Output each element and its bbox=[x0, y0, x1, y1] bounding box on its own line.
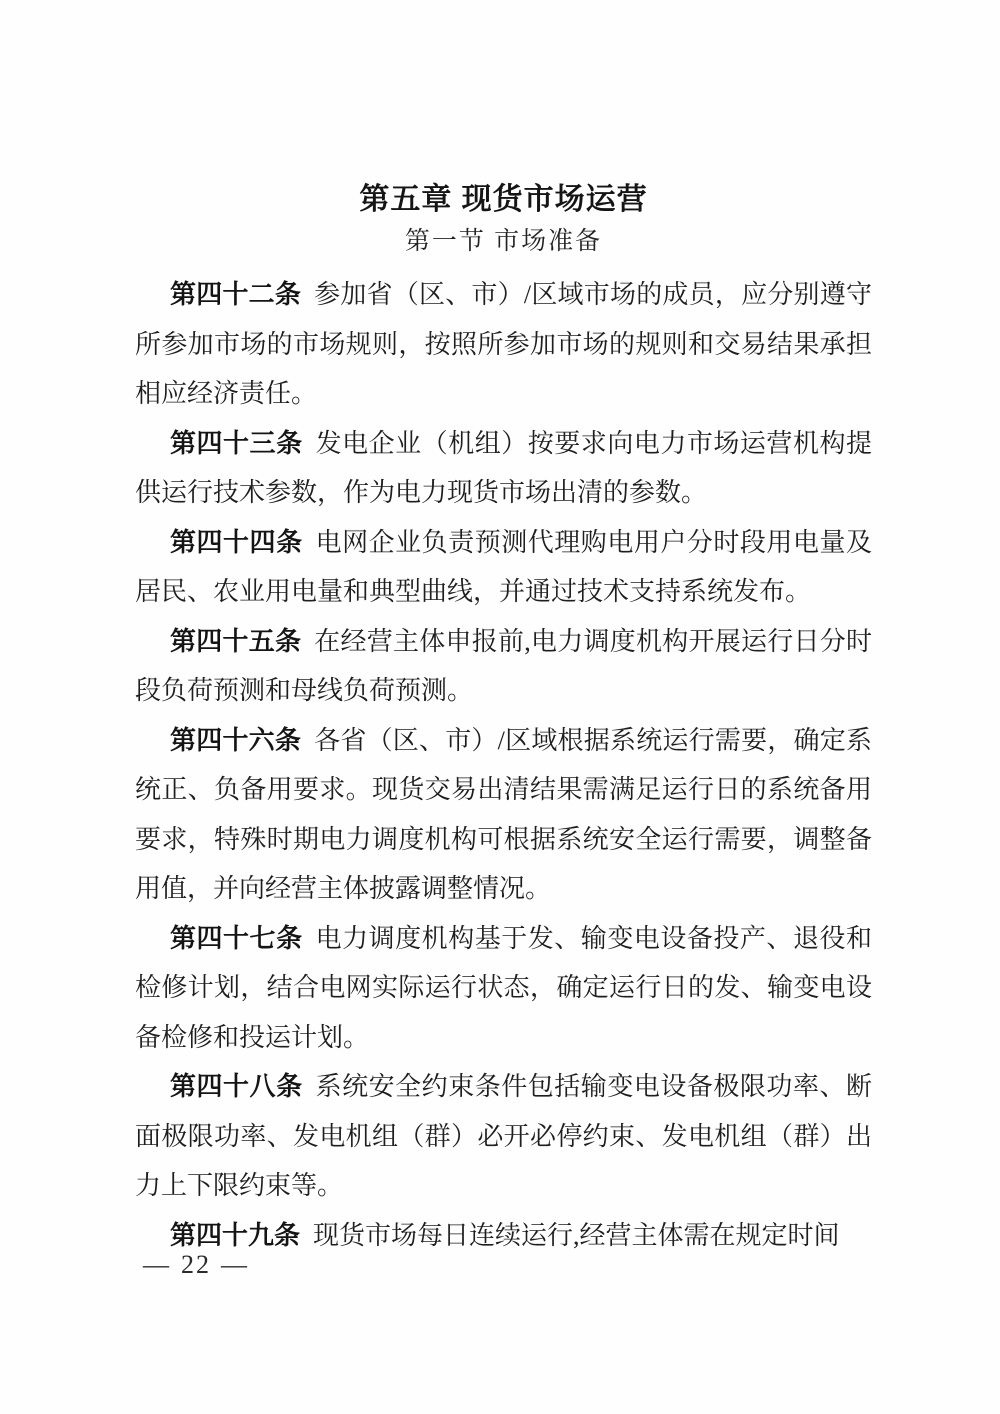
article-number: 第四十八条 bbox=[170, 1072, 303, 1101]
page-content: 第五章 现货市场运营 第一节 市场准备 第四十二条参加省（区、市）/区域市场的成… bbox=[135, 178, 872, 1260]
article-number: 第四十七条 bbox=[170, 924, 303, 953]
article-paragraph-43: 第四十三条发电企业（机组）按要求向电力市场运营机构提供运行技术参数，作为电力现货… bbox=[135, 419, 872, 518]
article-paragraph-44: 第四十四条电网企业负责预测代理购电用户分时段用电量及居民、农业用电量和典型曲线，… bbox=[135, 518, 872, 617]
article-number: 第四十二条 bbox=[170, 280, 301, 309]
article-number: 第四十九条 bbox=[170, 1221, 300, 1250]
article-number: 第四十四条 bbox=[170, 528, 303, 557]
article-paragraph-46: 第四十六条各省（区、市）/区域根据系统运行需要，确定系统正、负备用要求。现货交易… bbox=[135, 716, 872, 914]
article-number: 第四十五条 bbox=[170, 627, 301, 656]
document-page: 第五章 现货市场运营 第一节 市场准备 第四十二条参加省（区、市）/区域市场的成… bbox=[0, 0, 1000, 1414]
footer-left-dash: — bbox=[143, 1250, 171, 1279]
section-title: 第一节 市场准备 bbox=[135, 222, 872, 262]
page-number-footer: —22— bbox=[143, 1250, 249, 1280]
article-body: 第四十二条参加省（区、市）/区域市场的成员，应分别遵守所参加市场的市场规则，按照… bbox=[135, 270, 872, 1260]
article-paragraph-47: 第四十七条电力调度机构基于发、输变电设备投产、退役和检修计划，结合电网实际运行状… bbox=[135, 914, 872, 1063]
page-number: 22 bbox=[171, 1250, 221, 1279]
article-text: 现货市场每日连续运行,经营主体需在规定时间 bbox=[313, 1221, 840, 1250]
footer-right-dash: — bbox=[221, 1250, 249, 1279]
article-paragraph-48: 第四十八条系统安全约束条件包括输变电设备极限功率、断面极限功率、发电机组（群）必… bbox=[135, 1062, 872, 1211]
chapter-title: 第五章 现货市场运营 bbox=[135, 178, 872, 222]
article-paragraph-45: 第四十五条在经营主体申报前,电力调度机构开展运行日分时段负荷预测和母线负荷预测。 bbox=[135, 617, 872, 716]
article-number: 第四十三条 bbox=[170, 429, 303, 458]
article-number: 第四十六条 bbox=[170, 726, 301, 755]
article-paragraph-42: 第四十二条参加省（区、市）/区域市场的成员，应分别遵守所参加市场的市场规则，按照… bbox=[135, 270, 872, 419]
